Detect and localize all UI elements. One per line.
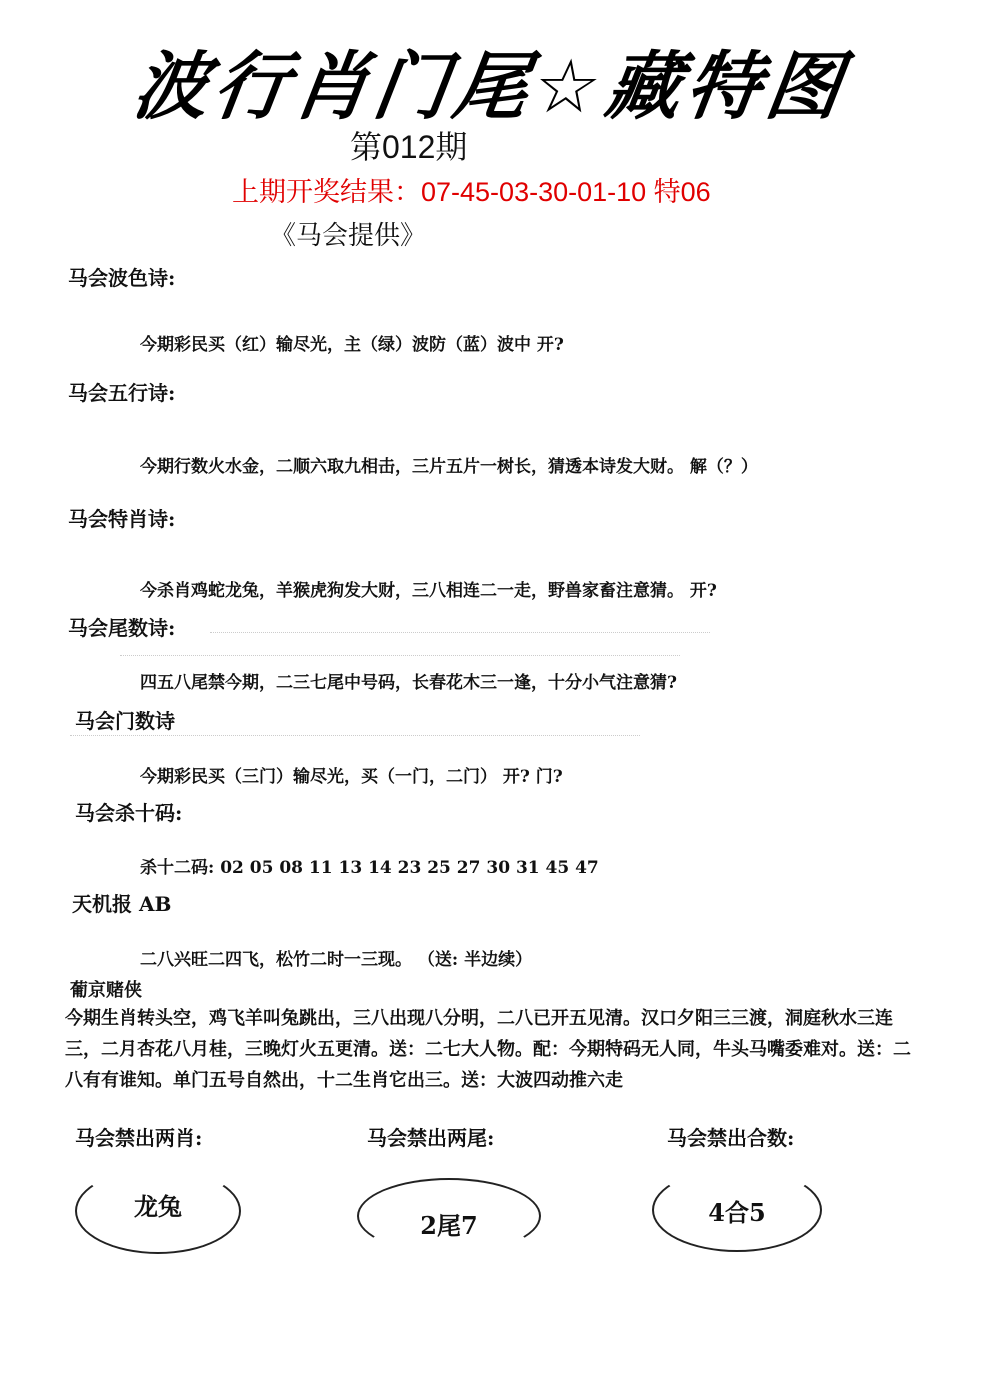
poem-tail-number: 四五八尾禁今期，二三七尾中号码，长春花木三一逢，十分小气注意猜? [140,668,677,693]
ban-ellipse-zodiac: 龙兔 [75,1168,241,1254]
ban-label-sum: 马会禁出合数: [667,1122,794,1151]
ban-label-tail: 马会禁出两尾: [367,1122,494,1151]
faint-divider [210,632,710,634]
section-heading-kill-numbers: 马会杀十码: [75,797,182,826]
section-heading-tianji: 天机报 AB [72,888,171,917]
poem-five-elements: 今期行数火水金，二顺六取九相击，三片五片一树长，猜透本诗发大财。 解（？） [140,452,758,477]
section-heading-door-number: 马会门数诗 [75,705,175,734]
ban-ellipse-tail: 2尾7 [357,1178,541,1254]
section-heading-wave-color: 马会波色诗: [68,262,175,291]
ban-ellipse-sum: 4合5 [652,1168,822,1252]
ban-value-sum: 4合5 [708,1193,765,1228]
ban-value-tail: 2尾7 [420,1206,477,1241]
kill-numbers-list: 杀十二码: 02 05 08 11 13 14 23 25 27 30 31 4… [140,853,599,878]
ban-value-zodiac: 龙兔 [134,1187,182,1222]
last-draw-result: 上期开奖结果：07-45-03-30-01-10 特06 [232,170,711,209]
provider-label: 《马会提供》 [270,215,426,252]
poem-door-number: 今期彩民买（三门）输尽光，买（一门，二门） 开? 门? [140,762,563,787]
page-title: 波行肖门尾☆藏特图 [128,28,855,134]
faint-divider [70,735,640,737]
section-heading-puzzle: 葡京赌侠 [70,976,142,1002]
section-heading-five-elements: 马会五行诗: [68,377,175,406]
poem-tianji: 二八兴旺二四飞，松竹二时一三现。 （送: 半边续） [140,945,532,970]
faint-divider [120,655,680,657]
section-heading-special-zodiac: 马会特肖诗: [68,503,175,532]
issue-number: 第012期 [350,122,467,168]
poem-wave-color: 今期彩民买（红）输尽光，主（绿）波防（蓝）波中 开? [140,330,564,355]
section-heading-tail-number: 马会尾数诗: [68,612,175,641]
ban-label-zodiac: 马会禁出两肖: [75,1122,202,1151]
puzzle-text: 今期生肖转头空，鸡飞羊叫兔跳出，三八出现八分明，二八已开五见清。汉口夕阳三三渡，… [65,1003,925,1096]
poem-special-zodiac: 今杀肖鸡蛇龙兔，羊猴虎狗发大财，三八相连二一走，野兽家畜注意猜。 开? [140,576,717,601]
